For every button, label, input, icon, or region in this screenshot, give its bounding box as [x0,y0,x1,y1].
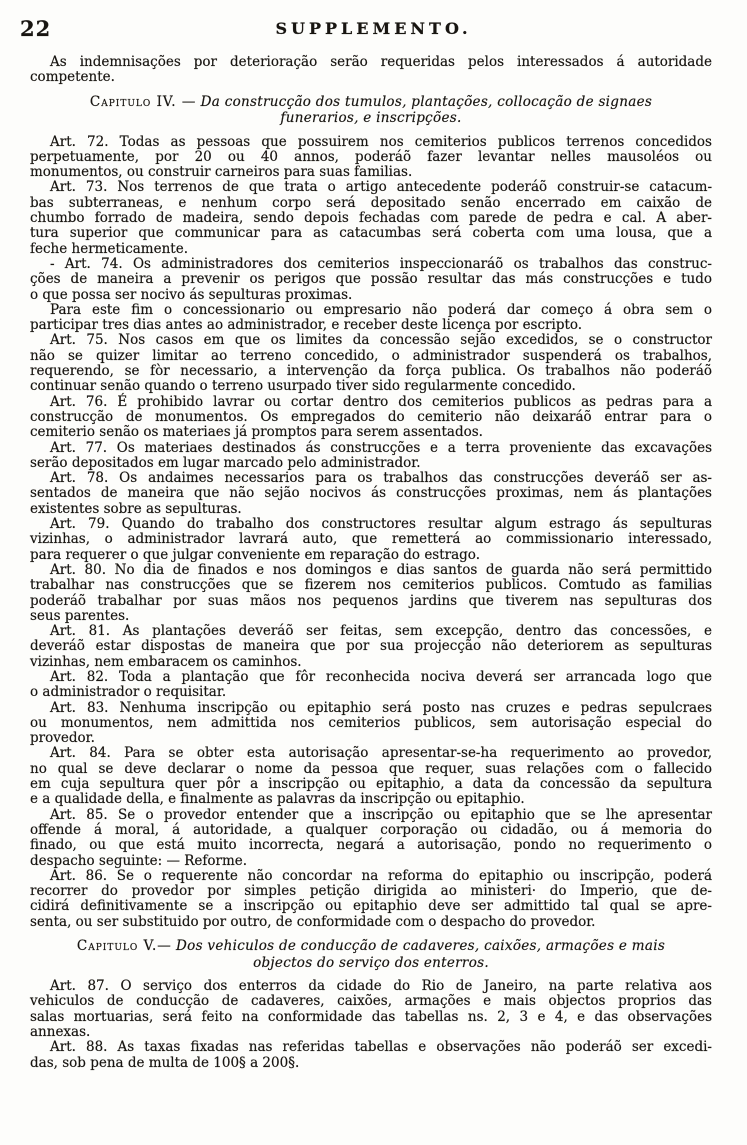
paragraph: Art. 77. Os materiaes destinados ás cons… [30,441,712,472]
text-line: chumbo forrado de madeira, sendo depois … [30,211,712,226]
text-line: não se quizer limitar ao terreno concedi… [30,349,712,364]
chapter-heading-line: funerarios, e inscripções. [30,110,712,127]
text-line: seus parentes. [30,609,712,624]
text-line: competente. [30,70,712,85]
text-line: Art. 84. Para se obter esta autorisação … [30,746,712,761]
text-line: trabalhar nas construcções que se fizere… [30,578,712,593]
text-line: vehiculos de conducção de cadaveres, cai… [30,994,712,1009]
text-line: senta, ou ser substituido por outro, de … [30,915,712,930]
text-line: finado, ou que está muito incorrecta, ne… [30,838,712,853]
paragraph: Art. 76. É prohibido lavrar ou cortar de… [30,395,712,441]
chapter-title-text: Dos vehiculos de conducção de cadaveres,… [176,938,665,954]
paragraph: Art. 84. Para se obter esta autorisação … [30,746,712,807]
text-line: Art. 86. Se o requerente não concordar n… [30,869,712,884]
running-title: SUPPLEMENTO. [0,16,747,38]
text-line: construcção de monumentos. Os empregados… [30,410,712,425]
text-line: Para este fim o concessionario ou empres… [30,303,712,318]
text-line: salas mortuarias, será feito na conformi… [30,1010,712,1025]
text-line: existentes sobre as sepulturas. [30,502,712,517]
text-line: deveráõ estar dispostas de maneira que p… [30,639,712,654]
text-line: offende á moral, á autoridade, a qualque… [30,823,712,838]
paragraph: Art. 85. Se o provedor entender que a in… [30,808,712,869]
paragraph: Art. 73. Nos terrenos de que trata o art… [30,180,712,256]
chapter-heading-line: Capitulo V.— Dos vehiculos de conducção … [30,938,712,955]
paragraph: Art. 87. O serviço dos enterros da cidad… [30,979,712,1040]
text-line: vizinhas, nem embaracem os caminhos. [30,655,712,670]
text-line: perpetuamente, por 20 ou 40 annos, poder… [30,150,712,165]
text-line: requerendo, se fòr necessario, a interve… [30,364,712,379]
text-line: annexas. [30,1025,712,1040]
text-line: para requerer o que julgar conveniente e… [30,548,712,563]
scanned-document-page: 22 SUPPLEMENTO. As indemnisações por det… [0,0,747,1145]
paragraph: Art. 75. Nos casos em que os limites da … [30,333,712,394]
paragraph: Para este fim o concessionario ou empres… [30,303,712,334]
text-line: Art. 87. O serviço dos enterros da cidad… [30,979,712,994]
text-line: e a qualidade della, e finalmente as pal… [30,792,712,807]
text-line: Art. 88. As taxas fixadas nas referidas … [30,1040,712,1055]
paragraph: Art. 78. Os andaimes necessarios para os… [30,471,712,517]
chapter-label: Capitulo IV. — [90,94,196,110]
text-line: das, sob pena de multa de 100§ a 200§. [30,1056,712,1071]
text-line: em cuja sepultura quer pôr a inscripção … [30,777,712,792]
text-line: feche hermeticamente. [30,242,712,257]
text-line: serão depositados em lugar marcado pelo … [30,456,712,471]
text-line: - Art. 74. Os administradores dos cemite… [30,257,712,272]
text-line: Art. 76. É prohibido lavrar ou cortar de… [30,395,712,410]
page-number: 22 [20,16,51,41]
text-line: Art. 85. Se o provedor entender que a in… [30,808,712,823]
text-line: participar tres dias antes ao administra… [30,318,712,333]
text-line: vizinhas, o administrador lavrará auto, … [30,532,712,547]
paragraph: Art. 88. As taxas fixadas nas referidas … [30,1040,712,1071]
document-body: As indemnisações por deterioração serão … [30,55,712,1071]
chapter-heading-line: Capitulo IV. — Da construcção dos tumulo… [30,94,712,111]
text-line: Art. 81. As plantações deveráõ ser feita… [30,624,712,639]
text-line: Art. 73. Nos terrenos de que trata o art… [30,180,712,195]
text-line: Art. 79. Quando do trabalho dos construc… [30,517,712,532]
text-line: Art. 83. Nenhuma inscripção ou epitaphio… [30,701,712,716]
text-line: Art. 77. Os materiaes destinados ás cons… [30,441,712,456]
paragraph: Art. 82. Toda a plantação que fôr reconh… [30,670,712,701]
text-line: continuar senão quando o terreno usurpad… [30,379,712,394]
chapter-heading: Capitulo IV. — Da construcção dos tumulo… [30,94,712,127]
text-line: ou monumentos, nem admittida nos cemiter… [30,716,712,731]
chapter-heading: Capitulo V.— Dos vehiculos de conducção … [30,938,712,971]
text-line: no qual se deve declarar o nome da pesso… [30,762,712,777]
paragraph: Art. 83. Nenhuma inscripção ou epitaphio… [30,701,712,747]
text-line: sentados de maneira que não sejão nocivo… [30,486,712,501]
text-line: Art. 82. Toda a plantação que fôr reconh… [30,670,712,685]
paragraph: - Art. 74. Os administradores dos cemite… [30,257,712,303]
text-line: despacho seguinte: — Reforme. [30,854,712,869]
text-line: cidirá definitivamente se a inscripção o… [30,899,712,914]
chapter-heading-line: objectos do serviço dos enterros. [30,955,712,972]
text-line: provedor. [30,731,712,746]
text-line: poderáõ trabalhar por suas mãos nos pequ… [30,594,712,609]
paragraph: Art. 80. No dia de finados e nos domingo… [30,563,712,624]
text-line: o administrador o requisitar. [30,685,712,700]
paragraph: Art. 72. Todas as pessoas que possuirem … [30,135,712,181]
text-line: Art. 78. Os andaimes necessarios para os… [30,471,712,486]
text-line: cemiterio senão os materiaes já promptos… [30,425,712,440]
chapter-title-text: Da construcção dos tumulos, plantações, … [201,94,652,110]
chapter-label: Capitulo V.— [77,938,172,954]
text-line: tura superior que communicar para as cat… [30,226,712,241]
text-line: ções de maneira a prevenir os perigos qu… [30,272,712,287]
text-line: Art. 72. Todas as pessoas que possuirem … [30,135,712,150]
chapter-title-text: funerarios, e inscripções. [280,110,461,126]
paragraph: As indemnisações por deterioração serão … [30,55,712,86]
text-line: monumentos, ou construir carneiros para … [30,165,712,180]
text-line: Art. 75. Nos casos em que os limites da … [30,333,712,348]
paragraph: Art. 86. Se o requerente não concordar n… [30,869,712,930]
text-line: recorrer do provedor por simples petição… [30,884,712,899]
text-line: o que possa ser nocivo ás sepulturas pro… [30,288,712,303]
paragraph: Art. 79. Quando do trabalho dos construc… [30,517,712,563]
text-line: bas subterraneas, e nenhum corpo será de… [30,196,712,211]
page-header: 22 SUPPLEMENTO. [0,16,747,50]
chapter-title-text: objectos do serviço dos enterros. [253,955,489,971]
paragraph: Art. 81. As plantações deveráõ ser feita… [30,624,712,670]
text-line: As indemnisações por deterioração serão … [30,55,712,70]
text-line: Art. 80. No dia de finados e nos domingo… [30,563,712,578]
